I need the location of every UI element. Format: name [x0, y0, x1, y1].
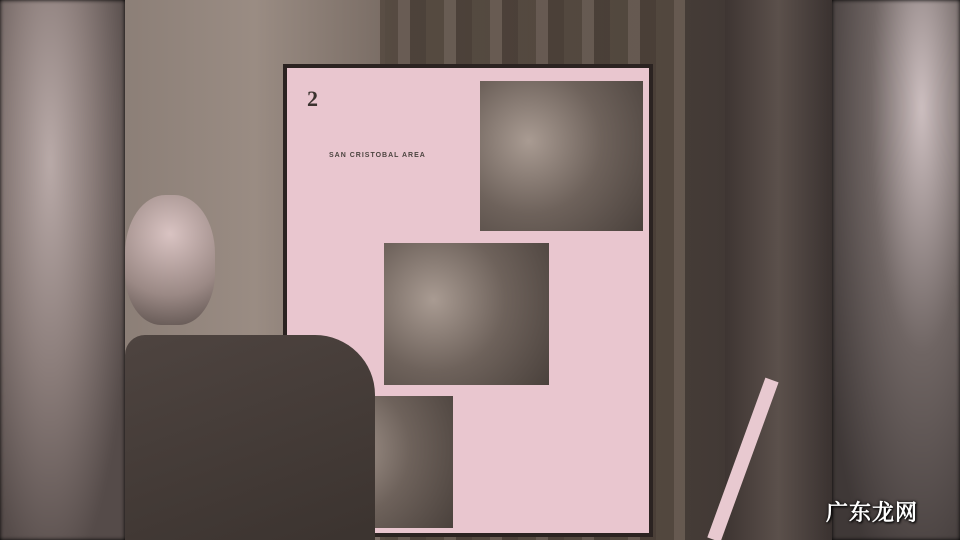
aerial-photo-1 — [480, 81, 643, 231]
blurred-left-border — [0, 0, 125, 540]
aerial-photo-2 — [384, 243, 549, 385]
presenter-body — [125, 335, 375, 540]
blurred-right-border — [832, 0, 960, 540]
board-number: 2 — [307, 86, 318, 112]
board-title: SAN CRISTOBAL AREA — [329, 152, 426, 159]
presenter-head — [125, 195, 215, 325]
watermark: 广东龙网 — [826, 496, 918, 527]
film-frame: 2 SAN CRISTOBAL AREA — [125, 0, 832, 540]
presenter — [125, 195, 375, 540]
